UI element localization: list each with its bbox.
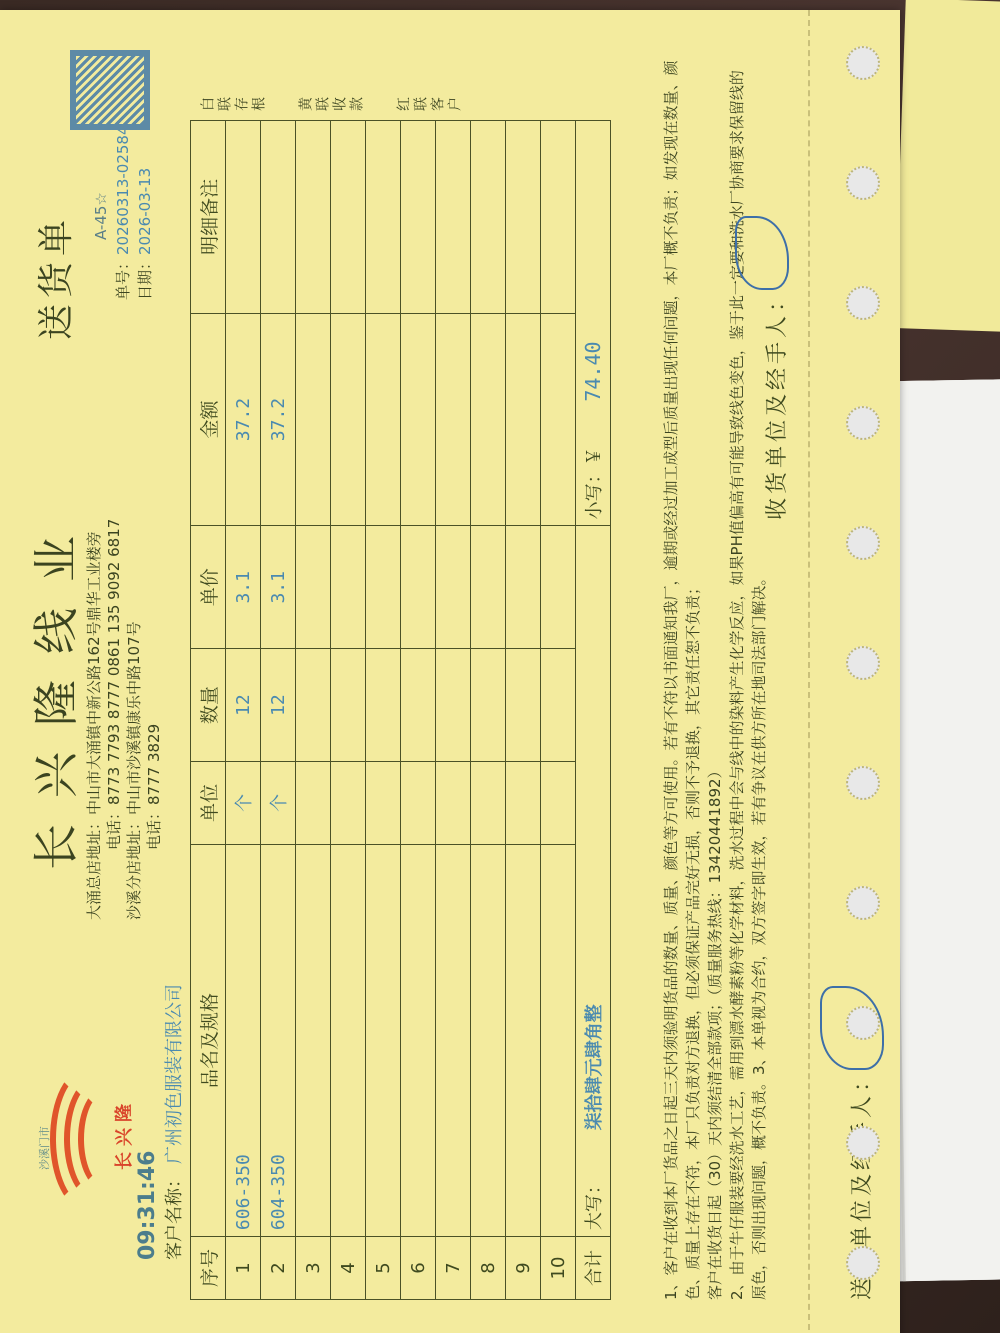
col-name: 品名及规格 — [191, 844, 226, 1236]
feed-hole — [846, 526, 880, 560]
delivery-note: 沙溪门市 长兴隆 09:31:46 长兴隆线业 送货单 大涌总店地址：中山市大涌… — [0, 10, 900, 1333]
total-label: 合计 — [576, 1237, 611, 1300]
customer-name: 广州初色服装有限公司 — [164, 984, 185, 1164]
table-row: 5 — [366, 121, 401, 1300]
copy-labels: 白联存根 黄联收款 红联客户 — [200, 75, 494, 115]
col-note: 明细备注 — [191, 121, 226, 314]
feed-hole — [846, 886, 880, 920]
delivery-note-rotated: 沙溪门市 长兴隆 09:31:46 长兴隆线业 送货单 大涌总店地址：中山市大涌… — [0, 10, 1000, 1333]
feed-hole — [846, 1006, 880, 1040]
table-row: 3 — [296, 121, 331, 1300]
receiver-signature-label: 收货单位及经手人： — [760, 286, 791, 520]
feed-hole — [846, 286, 880, 320]
company-name: 长兴隆线业 — [20, 510, 86, 870]
header: 沙溪门市 长兴隆 09:31:46 长兴隆线业 送货单 大涌总店地址：中山市大涌… — [20, 50, 190, 1300]
phone-line: 电话：8773 7793 8777 0861 135 9092 6817 — [104, 519, 124, 920]
total-figures: 74.40 — [581, 341, 605, 401]
qr-code-icon — [70, 50, 150, 130]
order-meta: A-45☆ 单号：20260313-02584 日期：2026-03-13 — [90, 126, 156, 301]
order-date: 2026-03-13 — [136, 168, 154, 255]
table-row: 10 — [541, 121, 576, 1300]
term-item: 1、客户在收到本厂货品之日起三天内须验明货品的数量、质量、颜色等方可使用。若有不… — [660, 60, 704, 1300]
total-words: 柒拾肆元肆角整 — [584, 1004, 605, 1130]
term-item: 客户在收货日起（30）天内须结清全部款项；（质量服务热线：13420441892… — [704, 60, 726, 1300]
print-time: 09:31:46 — [135, 1151, 160, 1260]
table-row: 9 — [506, 121, 541, 1300]
table-header-row: 序号 品名及规格 单位 数量 单价 金额 明细备注 — [191, 121, 226, 1300]
tractor-feed-strip — [808, 10, 900, 1333]
feed-hole — [846, 646, 880, 680]
address-line: 大涌总店地址：中山市大涌镇中新公路162号鼎华工业楼旁 — [84, 519, 104, 920]
address-line: 沙溪分店地址：中山市沙溪镇康乐中路107号 — [124, 519, 144, 920]
customer-field: 客户名称：广州初色服装有限公司 — [160, 984, 186, 1260]
copy-label-white: 白联存根 — [200, 95, 268, 115]
address-block: 大涌总店地址：中山市大涌镇中新公路162号鼎华工业楼旁 电话：8773 7793… — [84, 519, 164, 920]
table-row: 7 — [436, 121, 471, 1300]
document-type: 送货单 — [28, 214, 79, 340]
items-table: 序号 品名及规格 单位 数量 单价 金额 明细备注 1606-350个123.1… — [190, 120, 611, 1300]
receiver-signature — [735, 216, 789, 290]
copy-label-red: 红联客户 — [396, 95, 464, 115]
table-row: 1606-350个123.137.2 — [226, 121, 261, 1300]
col-amount: 金额 — [191, 313, 226, 526]
col-unit: 单位 — [191, 761, 226, 844]
table-row: 4 — [331, 121, 366, 1300]
feed-hole — [846, 1126, 880, 1160]
col-price: 单价 — [191, 526, 226, 649]
customer-label: 客户名称： — [164, 1170, 185, 1260]
table-row: 6 — [401, 121, 436, 1300]
total-row: 合计 大写： 柒拾肆元肆角整 小写：￥ 74.40 — [576, 121, 611, 1300]
feed-hole — [846, 766, 880, 800]
logo-brand-text: 长兴隆 — [110, 1098, 136, 1170]
feed-hole — [846, 166, 880, 200]
feed-hole — [846, 406, 880, 440]
table-row: 8 — [471, 121, 506, 1300]
brand-logo: 沙溪门市 长兴隆 — [40, 1060, 150, 1210]
col-qty: 数量 — [191, 649, 226, 762]
col-no: 序号 — [191, 1237, 226, 1300]
total-words-cell: 大写： 柒拾肆元肆角整 — [576, 526, 611, 1237]
feed-hole — [846, 46, 880, 80]
order-number: 20260313-02584 — [114, 126, 132, 255]
copy-label-yellow: 黄联收款 — [298, 95, 366, 115]
phone-line: 电话：8777 3829 — [144, 519, 164, 920]
table-row: 2604-350个123.137.2 — [261, 121, 296, 1300]
total-figures-cell: 小写：￥ 74.40 — [576, 121, 611, 526]
feed-hole — [846, 1246, 880, 1280]
form-code: A-45☆ — [92, 192, 110, 240]
